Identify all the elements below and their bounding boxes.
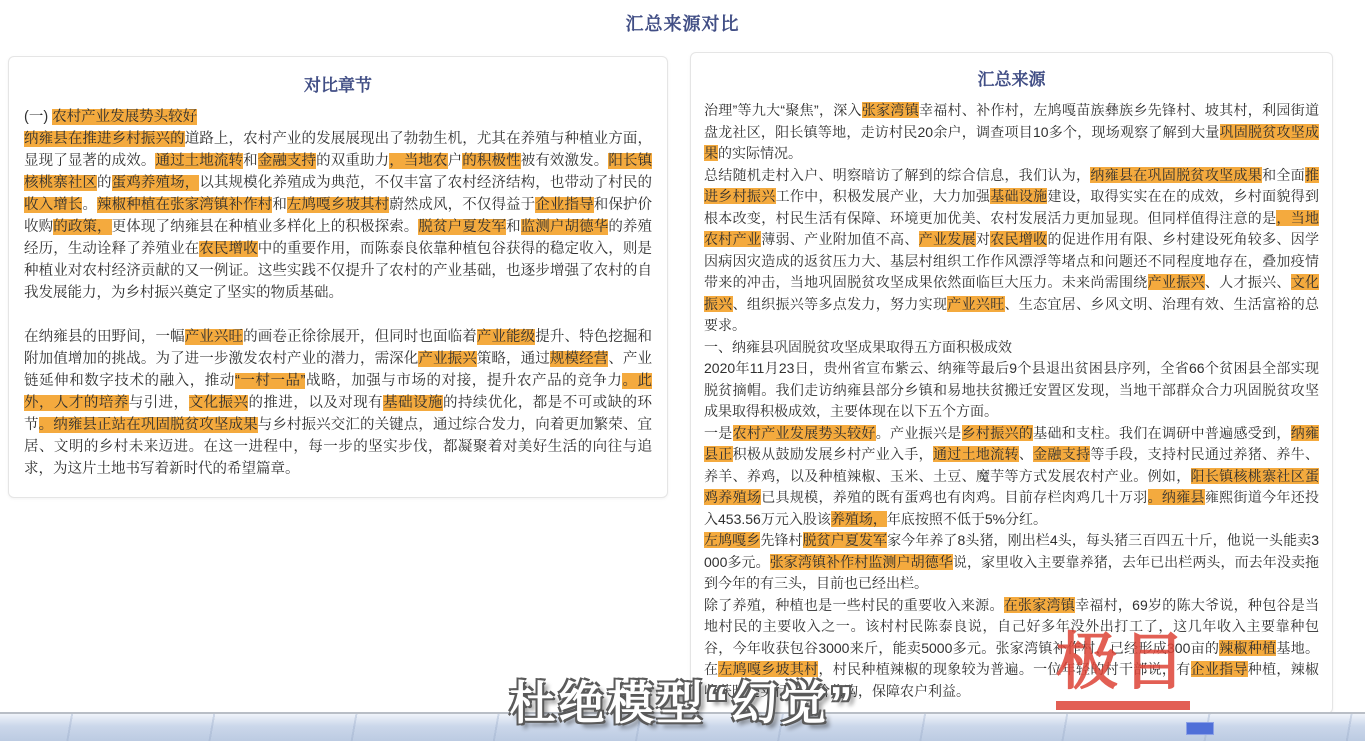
comparison-chapter-panel: 对比章节 (一) 农村产业发展势头较好 纳雍县在推进乡村振兴的道路上，农村产业的… — [8, 56, 668, 498]
text-run: 和 — [506, 219, 521, 235]
text-run: 一是 — [704, 425, 733, 441]
text-run: 。产业振兴是 — [876, 425, 962, 441]
paragraph: 治理”等九大“聚焦”，深入张家湾镇幸福村、补作村，左鸠嘎苗族彝族乡先锋村、坡其村… — [704, 100, 1319, 165]
highlighted-text: 。纳雍县 — [1148, 489, 1205, 505]
text-run: 户 — [448, 153, 463, 169]
text-run: 对 — [976, 231, 990, 247]
text-run: 总结随机走村入户、明察暗访了解到的综合信息，我们认为， — [704, 167, 1090, 183]
paragraph: 在纳雍县的田野间，一幅产业兴旺的画卷正徐徐展开，但同时也面临着产业能级提升、特色… — [24, 326, 652, 480]
text-run: 和 — [272, 197, 287, 213]
highlighted-text: 辣椒种植 — [1219, 640, 1276, 656]
highlighted-text: 纳雍县在推进乡村振兴的 — [24, 131, 185, 147]
highlighted-text: 产业兴旺 — [947, 296, 1004, 312]
highlighted-text: 张家湾镇 — [862, 102, 919, 118]
highlighted-text: 产业兴旺 — [185, 329, 243, 345]
paragraph: (一) 农村产业发展势头较好 — [24, 106, 652, 128]
text-run: 的画卷正徐徐展开，但同时也面临着 — [243, 329, 477, 345]
text-run: 更体现了纳雍县在种植业多样化上的积极探索。 — [112, 219, 419, 235]
highlighted-text: 产业能级 — [477, 329, 535, 345]
highlighted-text: 通过土地流转 — [155, 153, 243, 169]
text-run: 一、纳雍县巩固脱贫攻坚成果取得五方面积极成效 — [704, 339, 1012, 355]
paragraph: 一是农村产业发展势头较好。产业振兴是乡村振兴的基础和支柱。我们在调研中普遍感受到… — [704, 423, 1319, 531]
text-run: 策略，通过 — [477, 351, 550, 367]
highlighted-text: 脱贫户夏发军 — [803, 532, 888, 548]
highlighted-text: 左鸠嘎乡坡其村 — [287, 197, 389, 213]
text-run: (一) — [24, 109, 52, 125]
text-run: 。 — [82, 197, 97, 213]
text-run: 与引进， — [129, 395, 189, 411]
highlighted-text: 乡村振兴的 — [962, 425, 1034, 441]
highlighted-text: 张家湾镇补作村监测户胡德华 — [770, 554, 953, 570]
text-run: 已具规模，养殖的既有蛋鸡也有肉鸡。目前存栏肉鸡几十万羽 — [761, 489, 1147, 505]
text-run: 2020年11月23日，贵州省宣布紫云、纳雍等最后9个县退出贫困县序列，全省66… — [704, 360, 1319, 419]
paragraph: 纳雍县在推进乡村振兴的道路上，农村产业的发展展现出了勃勃生机，尤其在养殖与种植业… — [24, 128, 652, 304]
text-run: 和 — [243, 153, 258, 169]
page-title: 汇总来源对比 — [0, 10, 1365, 36]
text-run: 积极从鼓励发展乡村产业入手， — [733, 446, 933, 462]
summary-source-panel: 汇总来源 治理”等九大“聚焦”，深入张家湾镇幸福村、补作村，左鸠嘎苗族彝族乡先锋… — [690, 52, 1333, 714]
highlighted-text: 产业发展 — [919, 231, 976, 247]
text-run: 年底按照不低于5%分红。 — [887, 511, 1047, 527]
highlighted-text: 的积极性 — [462, 153, 520, 169]
highlighted-text: 农民增收 — [990, 231, 1047, 247]
text-run: 和全面 — [1262, 167, 1305, 183]
highlighted-text: 纳雍县在巩固脱贫攻坚成果 — [1090, 167, 1262, 183]
text-run: 、组织振兴等多点发力，努力实现 — [733, 296, 948, 312]
paragraph: 总结随机走村入户、明察暗访了解到的综合信息，我们认为，纳雍县在巩固脱贫攻坚成果和… — [704, 165, 1319, 337]
highlighted-text: 基础设施 — [383, 395, 443, 411]
highlighted-text: 产业振兴 — [1148, 274, 1205, 290]
video-subtitle: 杜绝模型“幻觉” — [0, 667, 1365, 733]
highlighted-text: 金融支持 — [1033, 446, 1090, 462]
text-run: 先锋村 — [760, 532, 802, 548]
highlighted-text: 文化振兴 — [189, 395, 249, 411]
highlighted-text: 收入增长 — [24, 197, 82, 213]
text-run: 除了养殖，种植也是一些村民的重要收入来源。 — [704, 597, 1004, 613]
text-run: 蔚然成风，不仅得益于 — [389, 197, 535, 213]
highlighted-text: 蛋鸡养殖场， — [112, 175, 200, 191]
left-panel-title: 对比章节 — [24, 71, 652, 96]
highlighted-text: 金融支持 — [258, 153, 316, 169]
highlighted-text: 农民增收 — [199, 241, 257, 257]
text-run: 、人才振兴、 — [1205, 274, 1291, 290]
text-run: 在纳雍县的田野间，一幅 — [24, 329, 185, 345]
highlighted-text: 企业指导 — [535, 197, 593, 213]
highlighted-text: 农村产业发展势头较好 — [52, 109, 197, 125]
text-run: 的实际情况。 — [718, 145, 802, 161]
highlighted-text: 产业振兴 — [418, 351, 476, 367]
text-run: 治理”等九大“聚焦”，深入 — [704, 102, 862, 118]
highlighted-text: 养殖场， — [831, 511, 887, 527]
taskbar-blue-badge — [1186, 722, 1214, 735]
highlighted-text: 监测户胡德华 — [521, 219, 609, 235]
paragraph: 左鸠嘎乡先锋村脱贫户夏发军家今年养了8头猪，刚出栏4头，每头猪三百四五十斤，他说… — [704, 530, 1319, 595]
text-run: 工作中，积极发展产业，大力加强 — [776, 188, 991, 204]
text-run: 的推进，以及对现有 — [248, 395, 383, 411]
highlighted-text: 左鸠嘎乡 — [704, 532, 760, 548]
highlighted-text: 脱贫户夏发军 — [418, 219, 506, 235]
text-run: 基础和支柱。我们在调研中普遍感受到， — [1033, 425, 1291, 441]
text-run: 、 — [1019, 446, 1033, 462]
highlighted-text: 规模经营 — [550, 351, 608, 367]
text-run: 的 — [97, 175, 112, 191]
text-run: 的双重助力 — [316, 153, 389, 169]
text-run: 以其规模化养殖成为典范，不仅丰富了农村经济结构，也带动了村民的 — [199, 175, 652, 191]
text-run: 薄弱、产业附加值不高、 — [761, 231, 918, 247]
highlighted-text: “一村一品” — [235, 373, 306, 389]
highlighted-text: 农村产业发展势头较好 — [733, 425, 876, 441]
paragraph: 一、纳雍县巩固脱贫攻坚成果取得五方面积极成效 — [704, 337, 1319, 359]
highlighted-text: ，当地农 — [389, 153, 447, 169]
highlighted-text: 基础设施 — [990, 188, 1047, 204]
highlighted-text: 。纳雍县正站在巩固脱贫攻坚成果 — [39, 417, 258, 433]
paragraph: 2020年11月23日，贵州省宣布紫云、纳雍等最后9个县退出贫困县序列，全省66… — [704, 358, 1319, 423]
highlighted-text: 通过土地流转 — [933, 446, 1019, 462]
text-run: 被有效激发。 — [521, 153, 609, 169]
highlighted-text: 的政策， — [53, 219, 111, 235]
highlighted-text: 辣椒种植在张家湾镇补作村 — [97, 197, 272, 213]
highlighted-text: 在张家湾镇 — [1004, 597, 1075, 613]
right-panel-title: 汇总来源 — [704, 65, 1319, 90]
text-run: 战略，加强与市场的对接，提升农产品的竞争力 — [305, 373, 622, 389]
